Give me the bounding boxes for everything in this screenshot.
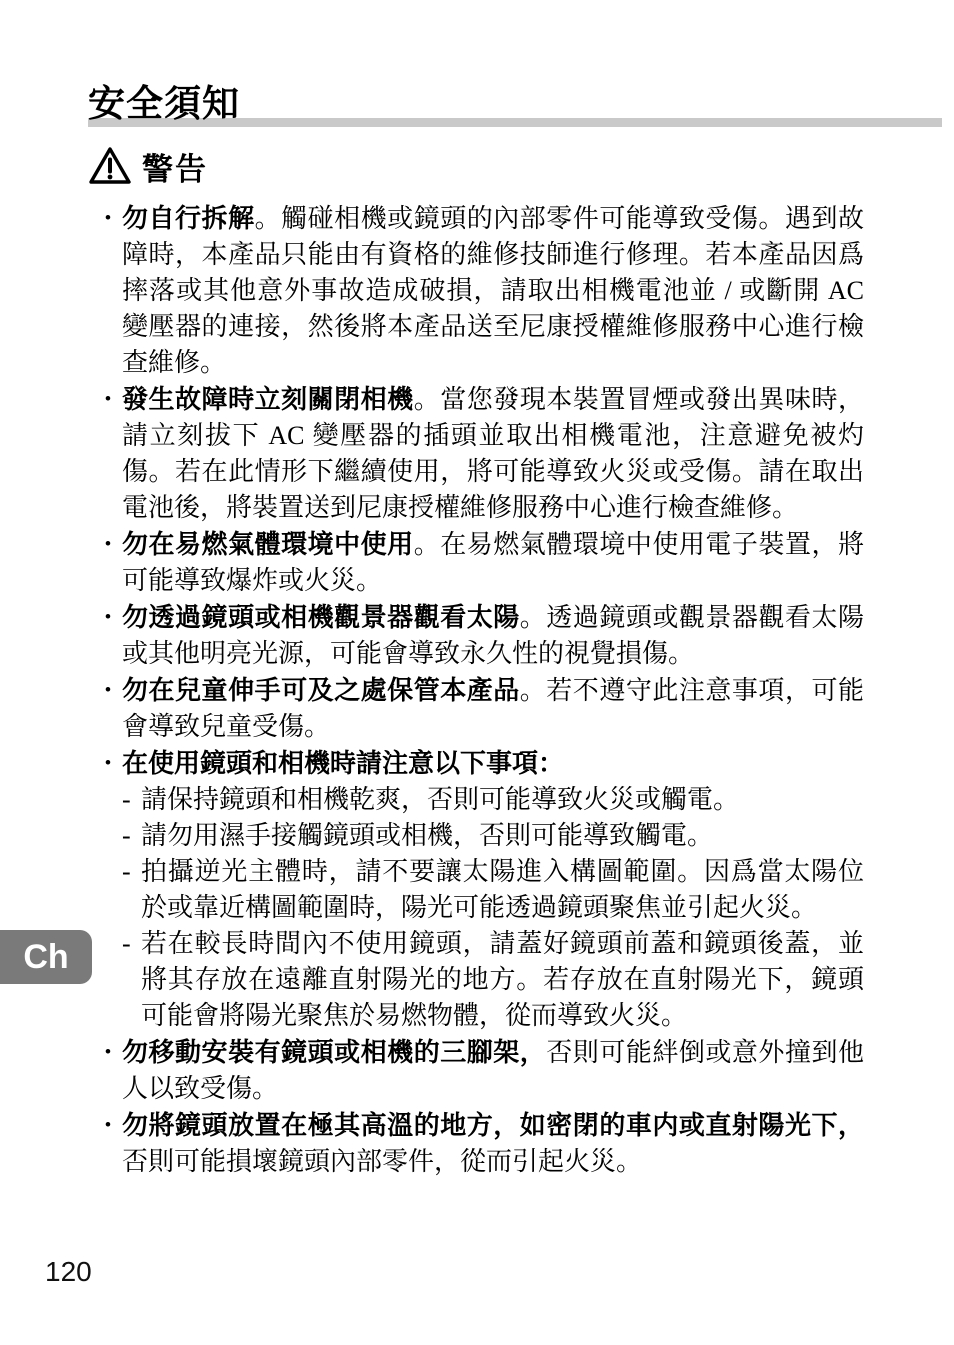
language-tab-ch: Ch <box>0 930 92 984</box>
warning-subitem-text: 拍攝逆光主體時，請不要讓太陽進入構圖範圍。因爲當太陽位於或靠近構圖範圍時，陽光可… <box>141 857 864 922</box>
warning-subitem: -若在較長時間內不使用鏡頭，請蓋好鏡頭前蓋和鏡頭後蓋，並將其存放在遠離直射陽光的… <box>122 926 864 1034</box>
warning-item: •勿移動安裝有鏡頭或相機的三腳架，否則可能絆倒或意外撞到他人以致受傷。 <box>88 1034 864 1107</box>
dash-icon: - <box>122 818 131 854</box>
warning-item: •勿在兒童伸手可及之處保管本產品。若不遵守此注意事項，可能會導致兒童受傷。 <box>88 672 864 745</box>
warning-item-lead: 在使用鏡頭和相機時請注意以下事項： <box>122 748 564 778</box>
page-title-row: 安全須知 <box>88 82 864 128</box>
warning-list: •勿自行拆解。觸碰相機或鏡頭的內部零件可能導致受傷。遇到故障時，本產品只能由有資… <box>88 200 864 1180</box>
warning-item: •勿在易燃氣體環境中使用。在易燃氣體環境中使用電子裝置，將可能導致爆炸或火災。 <box>88 526 864 599</box>
warning-item-lead: 發生故障時立刻關閉相機 <box>122 384 414 414</box>
page-title: 安全須知 <box>88 83 240 124</box>
warning-item: •在使用鏡頭和相機時請注意以下事項： -請保持鏡頭和相機乾爽，否則可能導致火災或… <box>88 745 864 1034</box>
bullet-icon: • <box>105 599 111 635</box>
warning-triangle-icon <box>88 146 132 186</box>
warning-heading-label: 警告 <box>142 144 208 189</box>
warning-item: •勿自行拆解。觸碰相機或鏡頭的內部零件可能導致受傷。遇到故障時，本產品只能由有資… <box>88 200 864 381</box>
warning-item: •勿將鏡頭放置在極其高溫的地方，如密閉的車内或直射陽光下，否則可能損壞鏡頭內部零… <box>88 1107 864 1180</box>
page-content: 安全須知 警告 •勿自行拆解。觸碰相機或鏡頭的內部零件可能導致受傷。遇到故障時，… <box>88 82 864 1180</box>
dash-icon: - <box>122 854 131 890</box>
bullet-icon: • <box>105 1034 111 1070</box>
warning-item-lead: 勿移動安裝有鏡頭或相機的三腳架， <box>122 1037 546 1067</box>
bullet-icon: • <box>105 200 111 236</box>
bullet-icon: • <box>105 381 111 417</box>
language-tab-label: Ch <box>23 938 68 977</box>
warning-subitem-text: 若在較長時間內不使用鏡頭，請蓋好鏡頭前蓋和鏡頭後蓋，並將其存放在遠離直射陽光的地… <box>141 929 864 1030</box>
warning-item: •發生故障時立刻關閉相機。當您發現本裝置冒煙或發出異味時，請立刻拔下 AC 變壓… <box>88 381 864 526</box>
page-number: 120 <box>45 1256 92 1288</box>
bullet-icon: • <box>105 526 111 562</box>
dash-icon: - <box>122 926 131 962</box>
warning-item-lead: 勿自行拆解 <box>122 203 255 233</box>
warning-subitem-text: 請保持鏡頭和相機乾爽，否則可能導致火災或觸電。 <box>141 785 739 814</box>
warning-item-lead: 勿將鏡頭放置在極其高溫的地方，如密閉的車内或直射陽光下， <box>122 1110 864 1140</box>
bullet-icon: • <box>105 1107 111 1143</box>
warning-subitem: -拍攝逆光主體時，請不要讓太陽進入構圖範圍。因爲當太陽位於或靠近構圖範圍時，陽光… <box>122 854 864 926</box>
warning-item-lead: 勿在兒童伸手可及之處保管本產品 <box>122 675 520 705</box>
warning-subitem-text: 請勿用濕手接觸鏡頭或相機，否則可能導致觸電。 <box>141 821 713 850</box>
bullet-icon: • <box>105 672 111 708</box>
warning-item-lead: 勿在易燃氣體環境中使用 <box>122 529 414 559</box>
warning-subitem: -請勿用濕手接觸鏡頭或相機，否則可能導致觸電。 <box>122 818 864 854</box>
warning-item: •勿透過鏡頭或相機觀景器觀看太陽。透過鏡頭或觀景器觀看太陽或其他明亮光源，可能會… <box>88 599 864 672</box>
warning-item-lead: 勿透過鏡頭或相機觀景器觀看太陽 <box>122 602 520 632</box>
bullet-icon: • <box>105 745 111 781</box>
manual-page: 安全須知 警告 •勿自行拆解。觸碰相機或鏡頭的內部零件可能導致受傷。遇到故障時，… <box>0 0 954 1345</box>
warning-item-body: 否則可能損壞鏡頭內部零件，從而引起火災。 <box>122 1147 642 1176</box>
warning-subitem: -請保持鏡頭和相機乾爽，否則可能導致火災或觸電。 <box>122 782 864 818</box>
warning-heading: 警告 <box>88 145 864 187</box>
dash-icon: - <box>122 782 131 818</box>
